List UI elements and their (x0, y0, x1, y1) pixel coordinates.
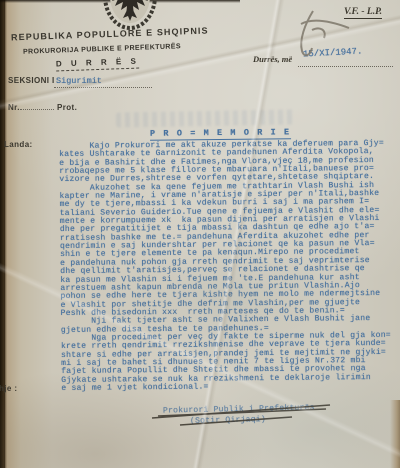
margin-word-cutoff: hje : (0, 384, 17, 393)
dateline-label: Durrës, më (253, 54, 292, 64)
nr-label: Nr. (8, 103, 20, 112)
section-rule (54, 79, 152, 88)
photo-dark-edge-left (0, 0, 7, 468)
prot-label: Prot. (57, 103, 77, 112)
classification-mark: V.F. - L.P. (344, 7, 382, 19)
faint-stamp (116, 109, 294, 127)
dateline-rule (298, 58, 393, 67)
document-photo: REPUBLIKA POPULLORE E SHQIPNIS PROKURORI… (0, 0, 400, 468)
nr-rule (20, 100, 54, 110)
section-label: SEKSIONI I (8, 76, 55, 85)
document-title: P R O = M E M O R I E (150, 127, 291, 140)
landa-label: Landa: (4, 140, 33, 149)
paper-fold-edge-right (390, 400, 400, 468)
typed-body: Kajo Prokurori me akt akuze perkatse ka … (59, 140, 399, 394)
signature-name-struck: (Sotir Qirjaqi) (190, 415, 266, 426)
